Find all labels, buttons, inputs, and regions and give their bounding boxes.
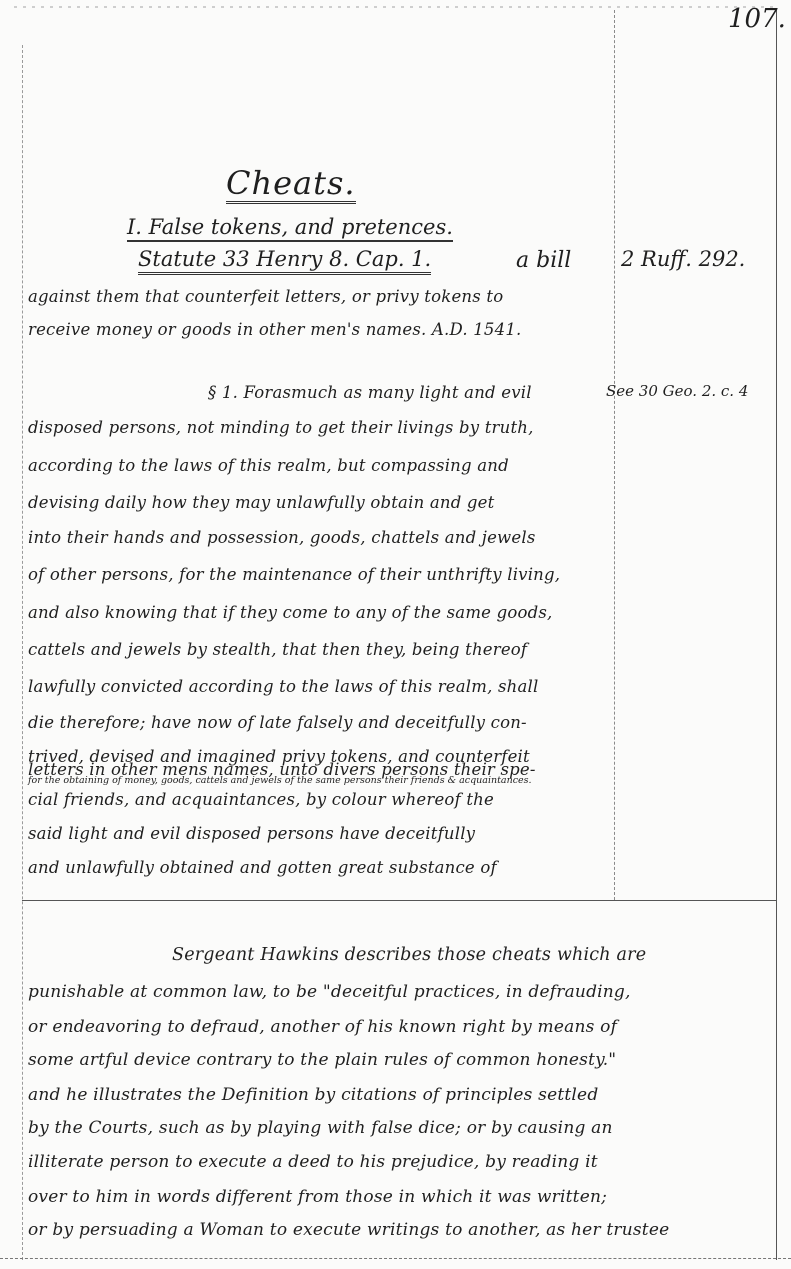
text-line: Sergeant Hawkins describes those cheats …: [172, 945, 646, 965]
text-line: and unlawfully obtained and gotten great…: [28, 858, 497, 877]
marginal-note: See 30 Geo. 2. c. 4: [606, 382, 748, 400]
statute-heading: Statute 33 Henry 8. Cap. 1.: [138, 246, 431, 275]
text-line: cattels and jewels by stealth, that then…: [28, 640, 527, 659]
text-line: against them that counterfeit letters, o…: [28, 287, 503, 306]
text-line: some artful device contrary to the plain…: [28, 1050, 616, 1070]
left-margin-rule: [22, 45, 23, 1260]
text-line: die therefore; have now of late falsely …: [28, 713, 527, 732]
marginal-note: 2 Ruff. 292.: [621, 247, 745, 271]
text-line: said light and evil disposed persons hav…: [28, 824, 475, 843]
text-line: and he illustrates the Definition by cit…: [28, 1085, 598, 1105]
right-page-edge: [776, 10, 777, 1260]
text-line: over to him in words different from thos…: [28, 1187, 607, 1207]
page-number: 107.: [728, 4, 786, 34]
text-line: lawfully convicted according to the laws…: [28, 677, 539, 696]
bottom-page-edge: [0, 1258, 791, 1259]
text-line: receive money or goods in other men's na…: [28, 320, 521, 339]
text-line: or by persuading a Woman to execute writ…: [28, 1220, 669, 1240]
marginal-notes-rule: [614, 10, 615, 900]
section-subtitle: I. False tokens, and pretences.: [127, 214, 453, 242]
text-line: of other persons, for the maintenance of…: [28, 565, 560, 584]
text-line: cial friends, and acquaintances, by colo…: [28, 790, 494, 809]
text-line: or endeavoring to defraud, another of hi…: [28, 1017, 617, 1037]
text-line: and also knowing that if they come to an…: [28, 603, 553, 622]
top-edge-speckle: [14, 6, 774, 8]
text-line: into their hands and possession, goods, …: [28, 528, 536, 547]
text-line: disposed persons, not minding to get the…: [28, 418, 534, 437]
text-line: punishable at common law, to be "deceitf…: [28, 982, 631, 1002]
page-title: Cheats.: [226, 165, 356, 204]
text-line: devising daily how they may unlawfully o…: [28, 493, 494, 512]
interlinear-insertion: for the obtaining of money, goods, catte…: [28, 775, 532, 786]
text-line: illiterate person to execute a deed to h…: [28, 1152, 598, 1172]
text-line: according to the laws of this realm, but…: [28, 456, 509, 475]
manuscript-page: 107. Cheats. I. False tokens, and preten…: [0, 0, 791, 1269]
statute-heading-tail: a bill: [516, 248, 571, 273]
text-line: by the Courts, such as by playing with f…: [28, 1118, 613, 1138]
section-divider: [22, 900, 777, 901]
text-line: § 1. Forasmuch as many light and evil: [208, 383, 532, 402]
